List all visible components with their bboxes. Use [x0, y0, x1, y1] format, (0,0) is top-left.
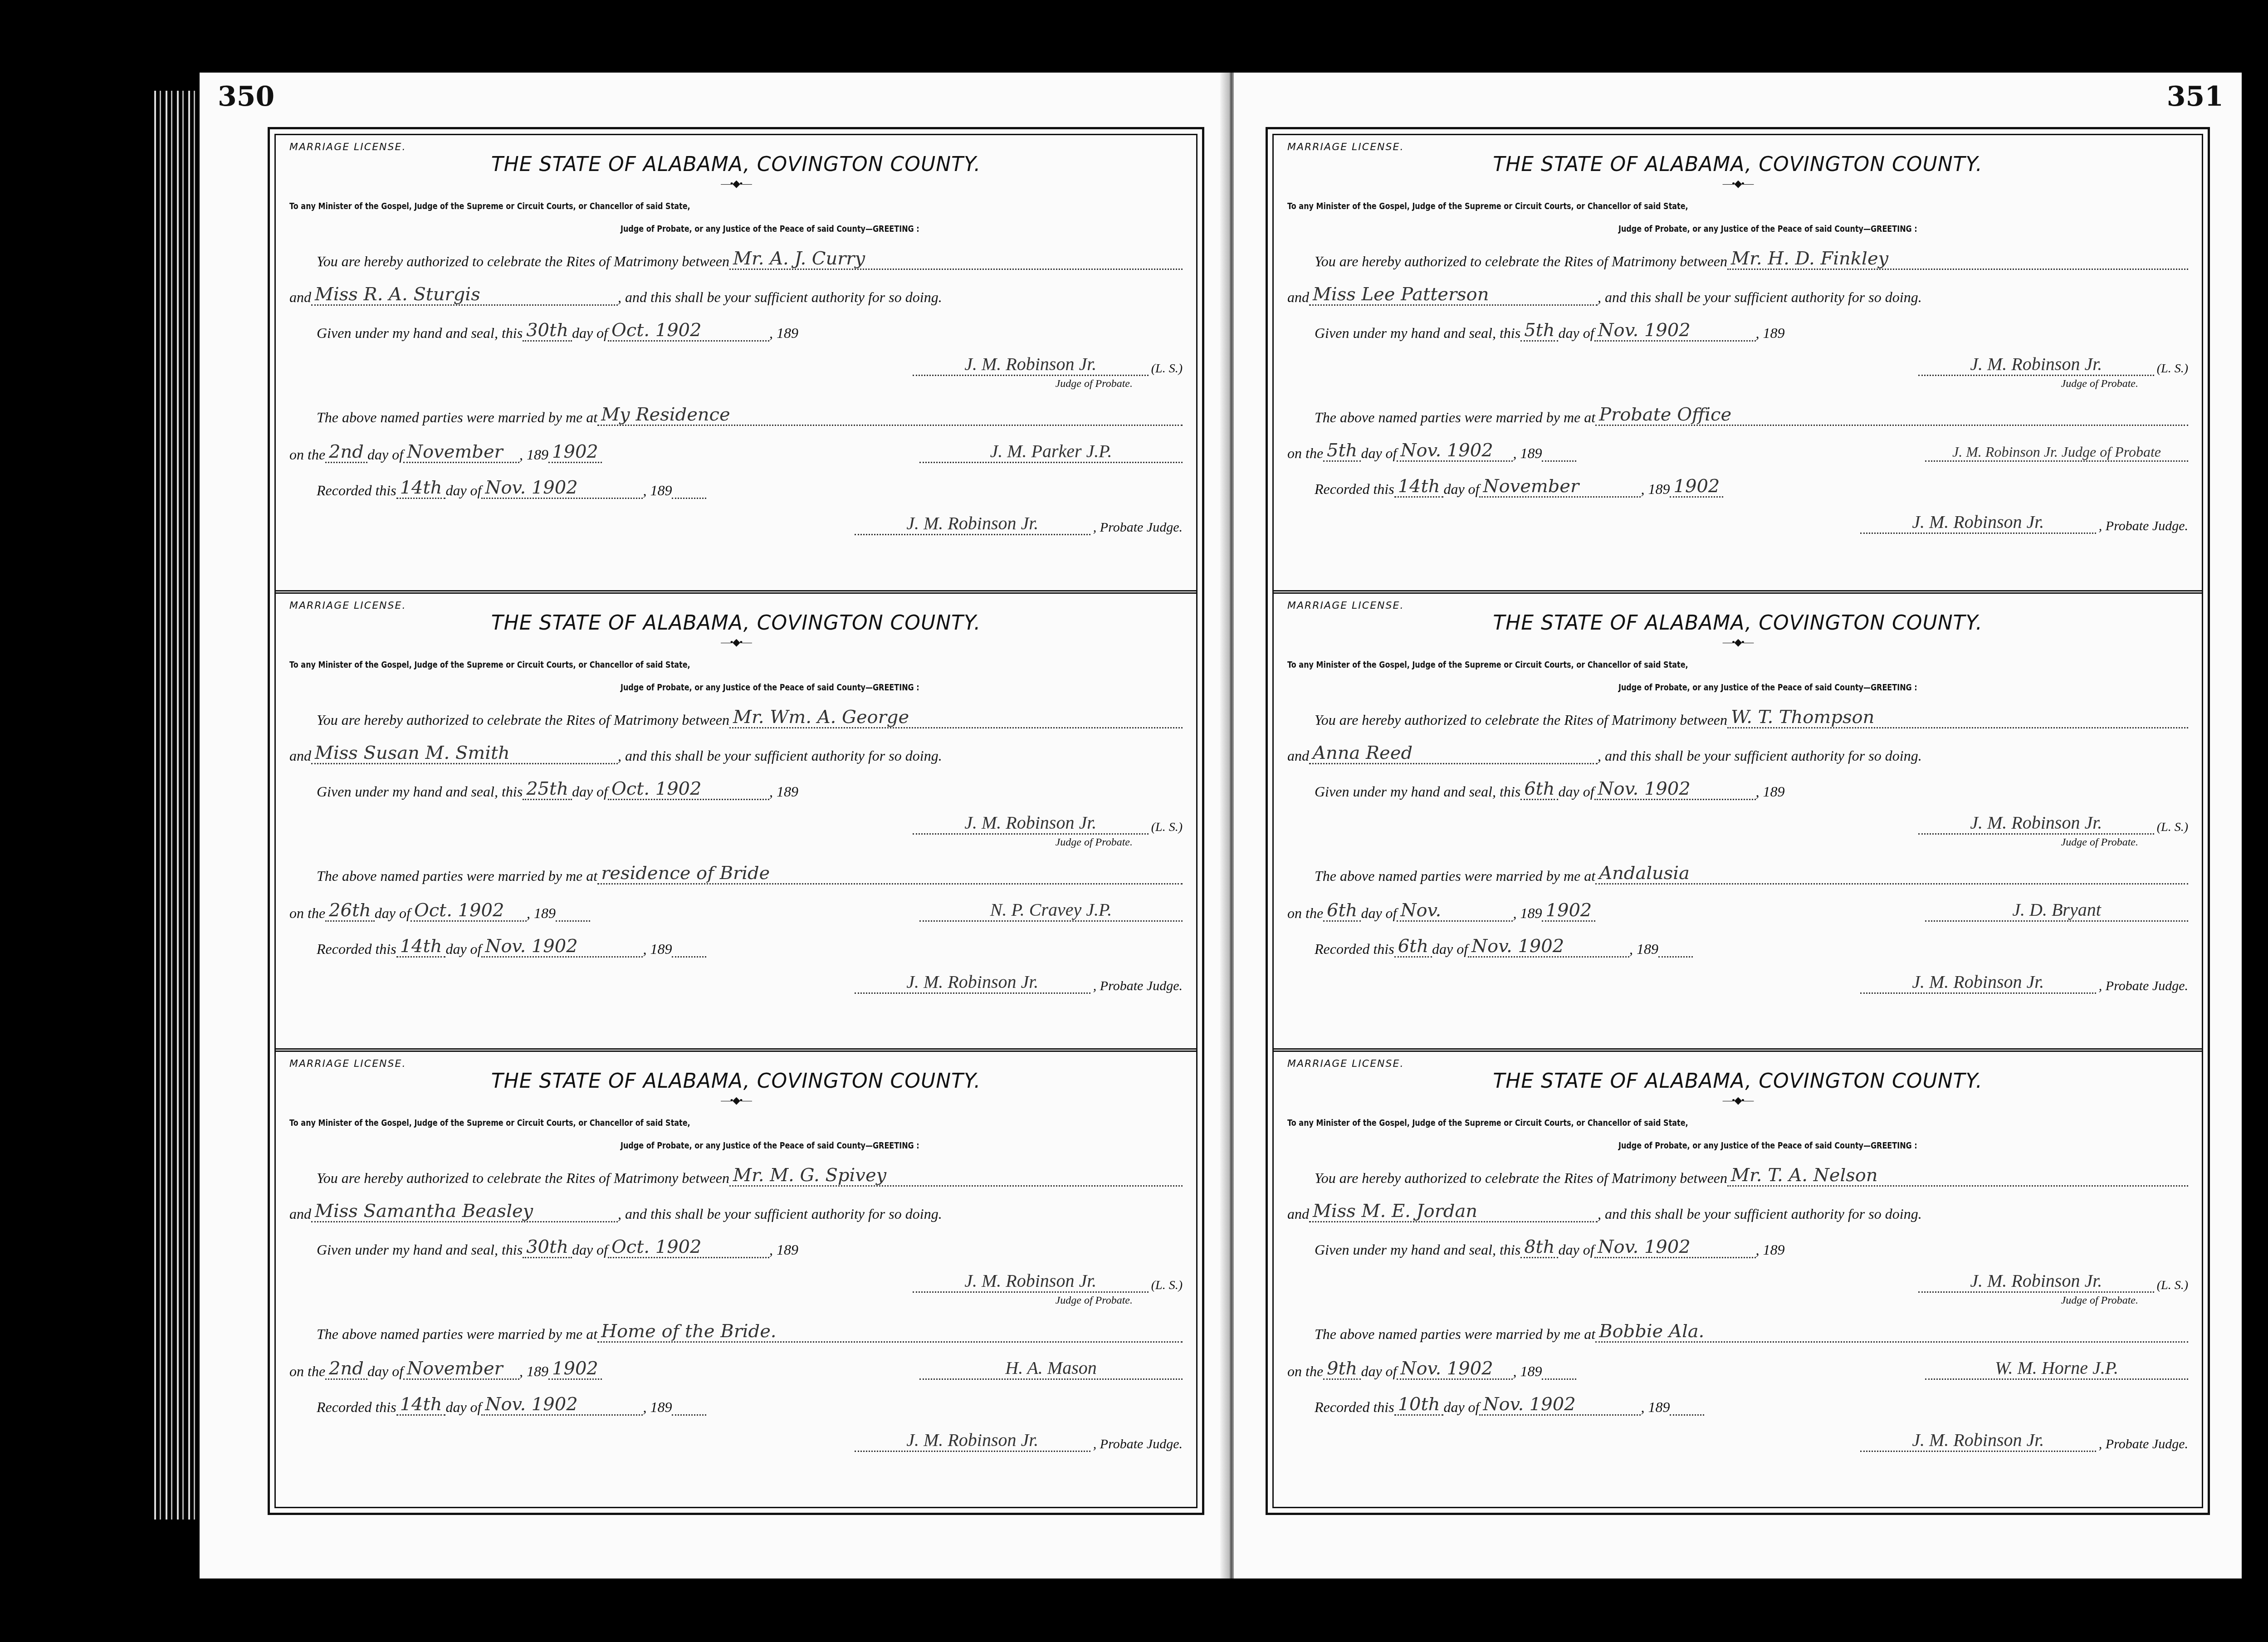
judge-of-probate-label: Judge of Probate. [289, 836, 1133, 849]
authorize-text: You are hereby authorized to celebrate t… [1315, 253, 1727, 270]
ls-seal: (L. S.) [2157, 362, 2188, 376]
ornament-divider: —•◆•— [289, 1095, 1183, 1106]
authorize-text: You are hereby authorized to celebrate t… [317, 1170, 729, 1187]
groom-name: W. T. Thompson [1727, 707, 2188, 728]
year-suffix: , 189 [1756, 325, 1785, 342]
bride-name: Miss Susan M. Smith [311, 743, 618, 764]
form-label: MARRIAGE LICENSE. [289, 142, 1183, 153]
married-at: residence of Bride [597, 863, 1183, 885]
day-of-text: day of [367, 446, 403, 463]
judge-signature: J. M. Robinson Jr. [1918, 812, 2154, 835]
marriage-license: MARRIAGE LICENSE. THE STATE OF ALABAMA, … [276, 1048, 1196, 1507]
right-page: 351 MARRIAGE LICENSE. THE STATE OF ALABA… [1234, 73, 2242, 1578]
year-suffix: , 189 [769, 325, 798, 342]
given-text: Given under my hand and seal, this [1315, 783, 1520, 800]
sufficient-text: , and this shall be your sufficient auth… [618, 748, 942, 764]
probate-judge-label: , Probate Judge. [2099, 978, 2188, 994]
day-of-text: day of [1558, 1241, 1594, 1258]
bride-name: Miss R. A. Sturgis [311, 284, 618, 306]
married-year [1542, 1378, 1576, 1380]
day-of-text: day of [1361, 905, 1397, 922]
recorded-day: 14th [396, 478, 446, 499]
form-label: MARRIAGE LICENSE. [289, 600, 1183, 611]
year-suffix: , 189 [1641, 1399, 1670, 1416]
on-the-text: on the [289, 446, 325, 463]
probate-judge-signature: J. M. Robinson Jr. [855, 1429, 1090, 1452]
day-of-text: day of [1361, 1363, 1397, 1380]
year-suffix: , 189 [1513, 905, 1542, 922]
given-month-year: Nov. 1902 [1594, 779, 1756, 800]
recorded-text: Recorded this [1315, 941, 1394, 958]
given-day: 30th [523, 320, 572, 342]
married-at: Bobbie Ala. [1595, 1321, 2188, 1343]
given-day: 6th [1520, 779, 1558, 800]
year-suffix: , 189 [769, 783, 798, 800]
judge-of-probate-label: Judge of Probate. [289, 1295, 1133, 1307]
and-text: and [1287, 1206, 1309, 1222]
recorded-year [672, 1414, 706, 1416]
judge-of-probate-label: Judge of Probate. [1287, 1295, 2138, 1307]
year-suffix: , 189 [519, 1363, 548, 1380]
married-day: 2nd [325, 442, 367, 463]
bride-name: Miss M. E. Jordan [1309, 1201, 1598, 1222]
address-line-1: To any Minister of the Gospel, Judge of … [1287, 200, 2008, 211]
marriage-license: MARRIAGE LICENSE. THE STATE OF ALABAMA, … [276, 135, 1196, 590]
recorded-year [1658, 956, 1693, 958]
given-day: 25th [523, 779, 572, 800]
groom-name: Mr. T. A. Nelson [1727, 1165, 2188, 1187]
groom-name: Mr. H. D. Finkley [1727, 249, 2188, 270]
year-suffix: , 189 [643, 482, 672, 499]
form-label: MARRIAGE LICENSE. [1287, 1058, 2188, 1070]
recorded-year [1670, 1414, 1704, 1416]
recorded-text: Recorded this [1315, 1399, 1394, 1416]
ornament-divider: —•◆•— [289, 178, 1183, 190]
page-frame: MARRIAGE LICENSE. THE STATE OF ALABAMA, … [268, 127, 1204, 1515]
address-line-1: To any Minister of the Gospel, Judge of … [1287, 659, 2008, 670]
recorded-day: 6th [1394, 936, 1432, 958]
page-frame: MARRIAGE LICENSE. THE STATE OF ALABAMA, … [1266, 127, 2210, 1515]
given-month-year: Nov. 1902 [1594, 320, 1756, 342]
probate-judge-label: , Probate Judge. [1093, 520, 1183, 535]
married-month: November [403, 1359, 519, 1380]
judge-signature: J. M. Robinson Jr. [913, 1270, 1149, 1293]
probate-judge-label: , Probate Judge. [1093, 978, 1183, 994]
ornament-divider: —•◆•— [1287, 636, 2188, 648]
on-the-text: on the [289, 1363, 325, 1380]
recorded-day: 10th [1394, 1394, 1444, 1416]
and-text: and [1287, 748, 1309, 764]
form-label: MARRIAGE LICENSE. [1287, 142, 2188, 153]
day-of-text: day of [1443, 1399, 1479, 1416]
recorded-day: 14th [396, 1394, 446, 1416]
and-text: and [289, 289, 311, 306]
recorded-text: Recorded this [317, 941, 396, 958]
recorded-month-year: Nov. 1902 [481, 1394, 643, 1416]
probate-judge-label: , Probate Judge. [2099, 518, 2188, 534]
probate-judge-signature: J. M. Robinson Jr. [1860, 511, 2096, 534]
officiant-signature: J. D. Bryant [1925, 899, 2188, 922]
address-line-2: Judge of Probate, or any Justice of the … [621, 682, 1070, 693]
left-page: 350 MARRIAGE LICENSE. THE STATE OF ALABA… [200, 73, 1222, 1578]
married-month: Nov. [1397, 900, 1513, 922]
day-of-text: day of [445, 482, 481, 499]
authorize-text: You are hereby authorized to celebrate t… [1315, 1170, 1727, 1187]
judge-signature: J. M. Robinson Jr. [913, 812, 1149, 835]
form-title: THE STATE OF ALABAMA, COVINGTON COUNTY. [1287, 611, 2188, 635]
day-of-text: day of [1432, 941, 1468, 958]
given-month-year: Oct. 1902 [608, 320, 769, 342]
form-title: THE STATE OF ALABAMA, COVINGTON COUNTY. [1287, 153, 2188, 176]
day-of-text: day of [1558, 783, 1594, 800]
sufficient-text: , and this shall be your sufficient auth… [1598, 289, 1922, 306]
authorize-text: You are hereby authorized to celebrate t… [317, 253, 729, 270]
recorded-month-year: Nov. 1902 [1479, 1394, 1641, 1416]
ls-seal: (L. S.) [2157, 820, 2188, 835]
page-number: 350 [218, 81, 274, 112]
day-of-text: day of [375, 905, 411, 922]
married-at-text: The above named parties were married by … [1315, 409, 1595, 426]
and-text: and [1287, 289, 1309, 306]
given-day: 5th [1520, 320, 1558, 342]
day-of-text: day of [367, 1363, 403, 1380]
address-line-1: To any Minister of the Gospel, Judge of … [289, 659, 1004, 670]
judge-signature: J. M. Robinson Jr. [913, 353, 1149, 376]
sufficient-text: , and this shall be your sufficient auth… [1598, 1206, 1922, 1222]
married-at-text: The above named parties were married by … [1315, 1326, 1595, 1343]
married-month: November [403, 442, 519, 463]
married-year: 1902 [548, 442, 602, 463]
officiant-signature: H. A. Mason [919, 1357, 1183, 1380]
given-day: 30th [523, 1237, 572, 1258]
and-text: and [289, 748, 311, 764]
recorded-text: Recorded this [1315, 481, 1394, 498]
officiant-signature: J. M. Robinson Jr. Judge of Probate [1925, 444, 2188, 462]
year-suffix: , 189 [1756, 1241, 1785, 1258]
address-line-1: To any Minister of the Gospel, Judge of … [1287, 1117, 2008, 1128]
officiant-signature: N. P. Cravey J.P. [919, 899, 1183, 922]
married-day: 9th [1323, 1359, 1361, 1380]
married-month: Nov. 1902 [1397, 440, 1513, 462]
probate-judge-signature: J. M. Robinson Jr. [855, 513, 1090, 535]
married-at: Andalusia [1595, 863, 2188, 885]
married-year: 1902 [548, 1359, 602, 1380]
married-at: My Residence [597, 405, 1183, 426]
married-day: 6th [1323, 900, 1361, 922]
probate-judge-label: , Probate Judge. [1093, 1437, 1183, 1452]
given-month-year: Oct. 1902 [608, 1237, 769, 1258]
year-suffix: , 189 [519, 446, 548, 463]
recorded-month-year: Nov. 1902 [1468, 936, 1629, 958]
year-suffix: , 189 [1513, 1363, 1542, 1380]
marriage-license: MARRIAGE LICENSE. THE STATE OF ALABAMA, … [1274, 1048, 2202, 1507]
recorded-day: 14th [1394, 476, 1444, 498]
address-line-2: Judge of Probate, or any Justice of the … [621, 1140, 1070, 1151]
form-label: MARRIAGE LICENSE. [1287, 600, 2188, 611]
married-month: Oct. 1902 [411, 900, 527, 922]
married-year [1542, 460, 1576, 462]
given-month-year: Oct. 1902 [608, 779, 769, 800]
recorded-year [672, 956, 706, 958]
married-at-text: The above named parties were married by … [317, 1326, 597, 1343]
form-title: THE STATE OF ALABAMA, COVINGTON COUNTY. [289, 611, 1183, 635]
address-line-2: Judge of Probate, or any Justice of the … [1618, 682, 2074, 693]
day-of-text: day of [1443, 481, 1479, 498]
address-line-1: To any Minister of the Gospel, Judge of … [289, 1117, 1004, 1128]
ornament-divider: —•◆•— [1287, 178, 2188, 190]
ornament-divider: —•◆•— [289, 636, 1183, 648]
probate-judge-signature: J. M. Robinson Jr. [1860, 971, 2096, 994]
day-of-text: day of [1361, 445, 1397, 462]
ls-seal: (L. S.) [1151, 820, 1183, 835]
married-day: 5th [1323, 440, 1361, 462]
married-day: 2nd [325, 1359, 367, 1380]
bride-name: Miss Lee Patterson [1309, 284, 1598, 306]
authorize-text: You are hereby authorized to celebrate t… [317, 712, 729, 728]
recorded-text: Recorded this [317, 1399, 396, 1416]
groom-name: Mr. M. G. Spivey [729, 1165, 1183, 1187]
officiant-signature: J. M. Parker J.P. [919, 440, 1183, 463]
given-text: Given under my hand and seal, this [317, 1241, 523, 1258]
marriage-license: MARRIAGE LICENSE. THE STATE OF ALABAMA, … [1274, 135, 2202, 590]
and-text: and [289, 1206, 311, 1222]
ornament-divider: —•◆•— [1287, 1095, 2188, 1106]
bride-name: Miss Samantha Beasley [311, 1201, 618, 1222]
day-of-text: day of [445, 941, 481, 958]
judge-of-probate-label: Judge of Probate. [1287, 836, 2138, 849]
day-of-text: day of [1558, 325, 1594, 342]
year-suffix: , 189 [769, 1241, 798, 1258]
judge-of-probate-label: Judge of Probate. [289, 378, 1133, 390]
married-at-text: The above named parties were married by … [317, 409, 597, 426]
form-title: THE STATE OF ALABAMA, COVINGTON COUNTY. [289, 1070, 1183, 1093]
year-suffix: , 189 [1641, 481, 1670, 498]
married-at-text: The above named parties were married by … [317, 868, 597, 885]
probate-judge-label: , Probate Judge. [2099, 1437, 2188, 1452]
form-title: THE STATE OF ALABAMA, COVINGTON COUNTY. [289, 153, 1183, 176]
recorded-month-year: November [1479, 476, 1641, 498]
ls-seal: (L. S.) [2157, 1278, 2188, 1293]
form-title: THE STATE OF ALABAMA, COVINGTON COUNTY. [1287, 1070, 2188, 1093]
year-suffix: , 189 [1513, 445, 1542, 462]
recorded-month-year: Nov. 1902 [481, 478, 643, 499]
bride-name: Anna Reed [1309, 743, 1598, 764]
address-line-1: To any Minister of the Gospel, Judge of … [289, 200, 1004, 211]
on-the-text: on the [1287, 1363, 1323, 1380]
married-day: 26th [325, 900, 375, 922]
recorded-year: 1902 [1670, 476, 1723, 498]
judge-signature: J. M. Robinson Jr. [1918, 1270, 2154, 1293]
sufficient-text: , and this shall be your sufficient auth… [618, 289, 942, 306]
year-suffix: , 189 [527, 905, 556, 922]
day-of-text: day of [445, 1399, 481, 1416]
form-label: MARRIAGE LICENSE. [289, 1058, 1183, 1070]
officiant-signature: W. M. Horne J.P. [1925, 1357, 2188, 1380]
married-year: 1902 [1542, 900, 1595, 922]
recorded-month-year: Nov. 1902 [481, 936, 643, 958]
married-at: Home of the Bride. [597, 1321, 1183, 1343]
married-month: Nov. 1902 [1397, 1359, 1513, 1380]
day-of-text: day of [572, 325, 608, 342]
address-line-2: Judge of Probate, or any Justice of the … [621, 223, 1070, 234]
judge-of-probate-label: Judge of Probate. [1287, 378, 2138, 390]
on-the-text: on the [289, 905, 325, 922]
on-the-text: on the [1287, 905, 1323, 922]
groom-name: Mr. A. J. Curry [729, 249, 1183, 270]
given-text: Given under my hand and seal, this [317, 325, 523, 342]
married-year [556, 920, 590, 922]
judge-signature: J. M. Robinson Jr. [1918, 353, 2154, 376]
page-number: 351 [2167, 81, 2224, 112]
year-suffix: , 189 [1629, 941, 1658, 958]
married-at-text: The above named parties were married by … [1315, 868, 1595, 885]
married-at: Probate Office [1595, 405, 2188, 426]
sufficient-text: , and this shall be your sufficient auth… [618, 1206, 942, 1222]
ls-seal: (L. S.) [1151, 362, 1183, 376]
recorded-text: Recorded this [317, 482, 396, 499]
marriage-license: MARRIAGE LICENSE. THE STATE OF ALABAMA, … [1274, 590, 2202, 1049]
address-line-2: Judge of Probate, or any Justice of the … [1618, 223, 2074, 234]
given-text: Given under my hand and seal, this [317, 783, 523, 800]
year-suffix: , 189 [1756, 783, 1785, 800]
given-text: Given under my hand and seal, this [1315, 325, 1520, 342]
sufficient-text: , and this shall be your sufficient auth… [1598, 748, 1922, 764]
ls-seal: (L. S.) [1151, 1278, 1183, 1293]
on-the-text: on the [1287, 445, 1323, 462]
day-of-text: day of [572, 1241, 608, 1258]
given-text: Given under my hand and seal, this [1315, 1241, 1520, 1258]
recorded-day: 14th [396, 936, 446, 958]
day-of-text: day of [572, 783, 608, 800]
groom-name: Mr. Wm. A. George [729, 707, 1183, 728]
given-day: 8th [1520, 1237, 1558, 1258]
year-suffix: , 189 [643, 1399, 672, 1416]
marriage-license: MARRIAGE LICENSE. THE STATE OF ALABAMA, … [276, 590, 1196, 1049]
recorded-year [672, 498, 706, 499]
address-line-2: Judge of Probate, or any Justice of the … [1618, 1140, 2074, 1151]
authorize-text: You are hereby authorized to celebrate t… [1315, 712, 1727, 728]
probate-judge-signature: J. M. Robinson Jr. [1860, 1429, 2096, 1452]
probate-judge-signature: J. M. Robinson Jr. [855, 971, 1090, 994]
given-month-year: Nov. 1902 [1594, 1237, 1756, 1258]
year-suffix: , 189 [643, 941, 672, 958]
